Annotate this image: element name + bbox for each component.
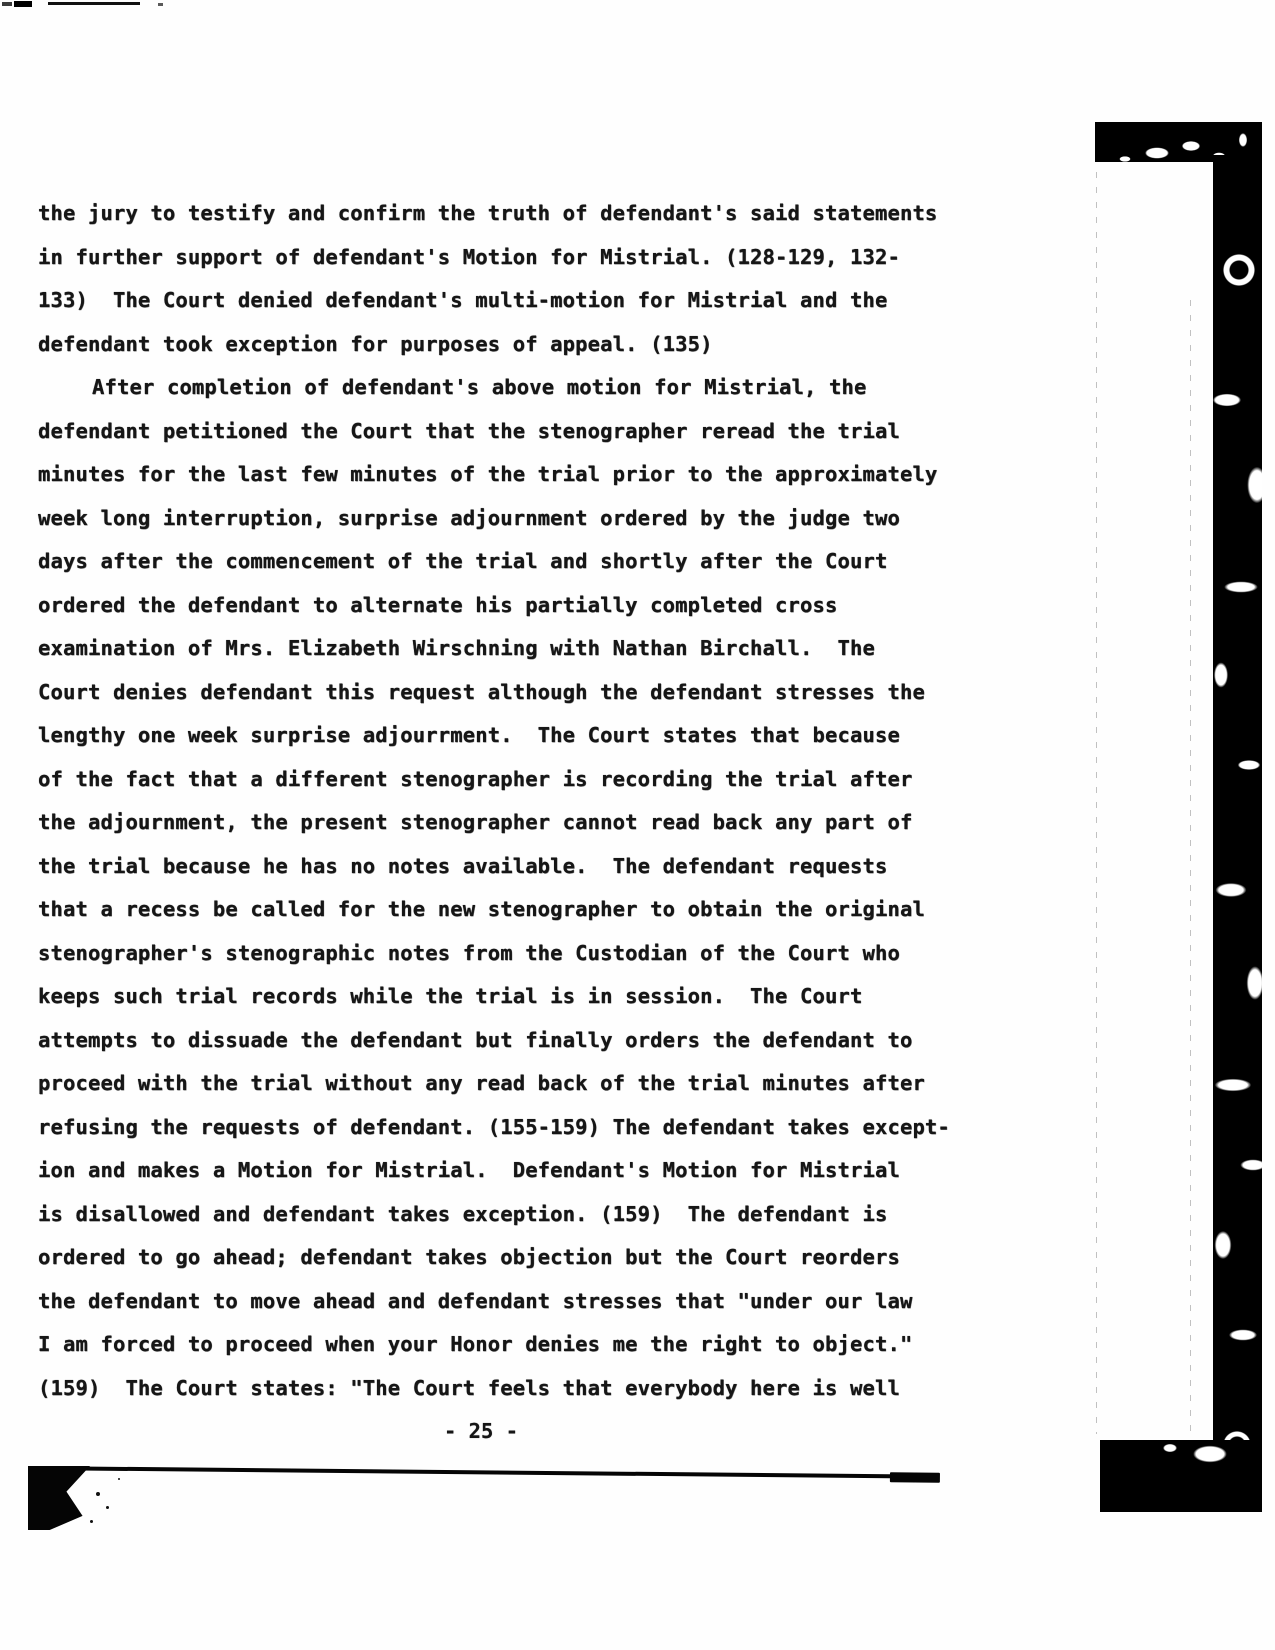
text-line: is disallowed and defendant takes except… (38, 1193, 1023, 1237)
book-cover-edge-right (1213, 155, 1262, 1512)
ink-speck (118, 1478, 120, 1480)
ink-speck (90, 1520, 93, 1523)
text-line: defendant took exception for purposes of… (38, 323, 1023, 367)
book-cover-edge-bottom (1100, 1440, 1256, 1512)
text-line: refusing the requests of defendant. (155… (38, 1106, 1023, 1150)
text-line: the defendant to move ahead and defendan… (38, 1280, 1023, 1324)
text-line: attempts to dissuade the defendant but f… (38, 1019, 1023, 1063)
text-line: After completion of defendant's above mo… (38, 366, 1023, 410)
scan-mark (14, 1, 32, 7)
text-line: defendant petitioned the Court that the … (38, 410, 1023, 454)
text-line: that a recess be called for the new sten… (38, 888, 1023, 932)
text-line: examination of Mrs. Elizabeth Wirschning… (38, 627, 1023, 671)
text-line: the adjournment, the present stenographe… (38, 801, 1023, 845)
text-line: the trial because he has no notes availa… (38, 845, 1023, 889)
text-line: of the fact that a different stenographe… (38, 758, 1023, 802)
text-line: ordered the defendant to alternate his p… (38, 584, 1023, 628)
scanned-document-page: the jury to testify and confirm the trut… (0, 0, 1275, 1650)
text-line: ion and makes a Motion for Mistrial. Def… (38, 1149, 1023, 1193)
text-line: minutes for the last few minutes of the … (38, 453, 1023, 497)
text-line: stenographer's stenographic notes from t… (38, 932, 1023, 976)
page-fold-line (1190, 300, 1191, 1432)
body-text: the jury to testify and confirm the trut… (38, 192, 1023, 1410)
text-line: keeps such trial records while the trial… (38, 975, 1023, 1019)
text-line: week long interruption, surprise adjourn… (38, 497, 1023, 541)
page-number: - 25 - (444, 1419, 518, 1443)
ink-speck (106, 1506, 109, 1509)
text-line: in further support of defendant's Motion… (38, 236, 1023, 280)
ink-speck (96, 1492, 100, 1496)
scan-mark (2, 2, 12, 6)
text-line: lengthy one week surprise adjourrment. T… (38, 714, 1023, 758)
page-fold-line (1096, 172, 1097, 1434)
text-line: I am forced to proceed when your Honor d… (38, 1323, 1023, 1367)
text-line: (159) The Court states: "The Court feels… (38, 1367, 1023, 1411)
page-edge-rule (30, 1466, 938, 1479)
text-line: Court denies defendant this request alth… (38, 671, 1023, 715)
text-line: ordered to go ahead; defendant takes obj… (38, 1236, 1023, 1280)
text-line: proceed with the trial without any read … (38, 1062, 1023, 1106)
text-line: days after the commencement of the trial… (38, 540, 1023, 584)
text-line: 133) The Court denied defendant's multi-… (38, 279, 1023, 323)
text-line: the jury to testify and confirm the trut… (38, 192, 1023, 236)
scan-mark (158, 3, 163, 6)
scan-mark (48, 2, 140, 5)
ink-blot (28, 1466, 90, 1530)
